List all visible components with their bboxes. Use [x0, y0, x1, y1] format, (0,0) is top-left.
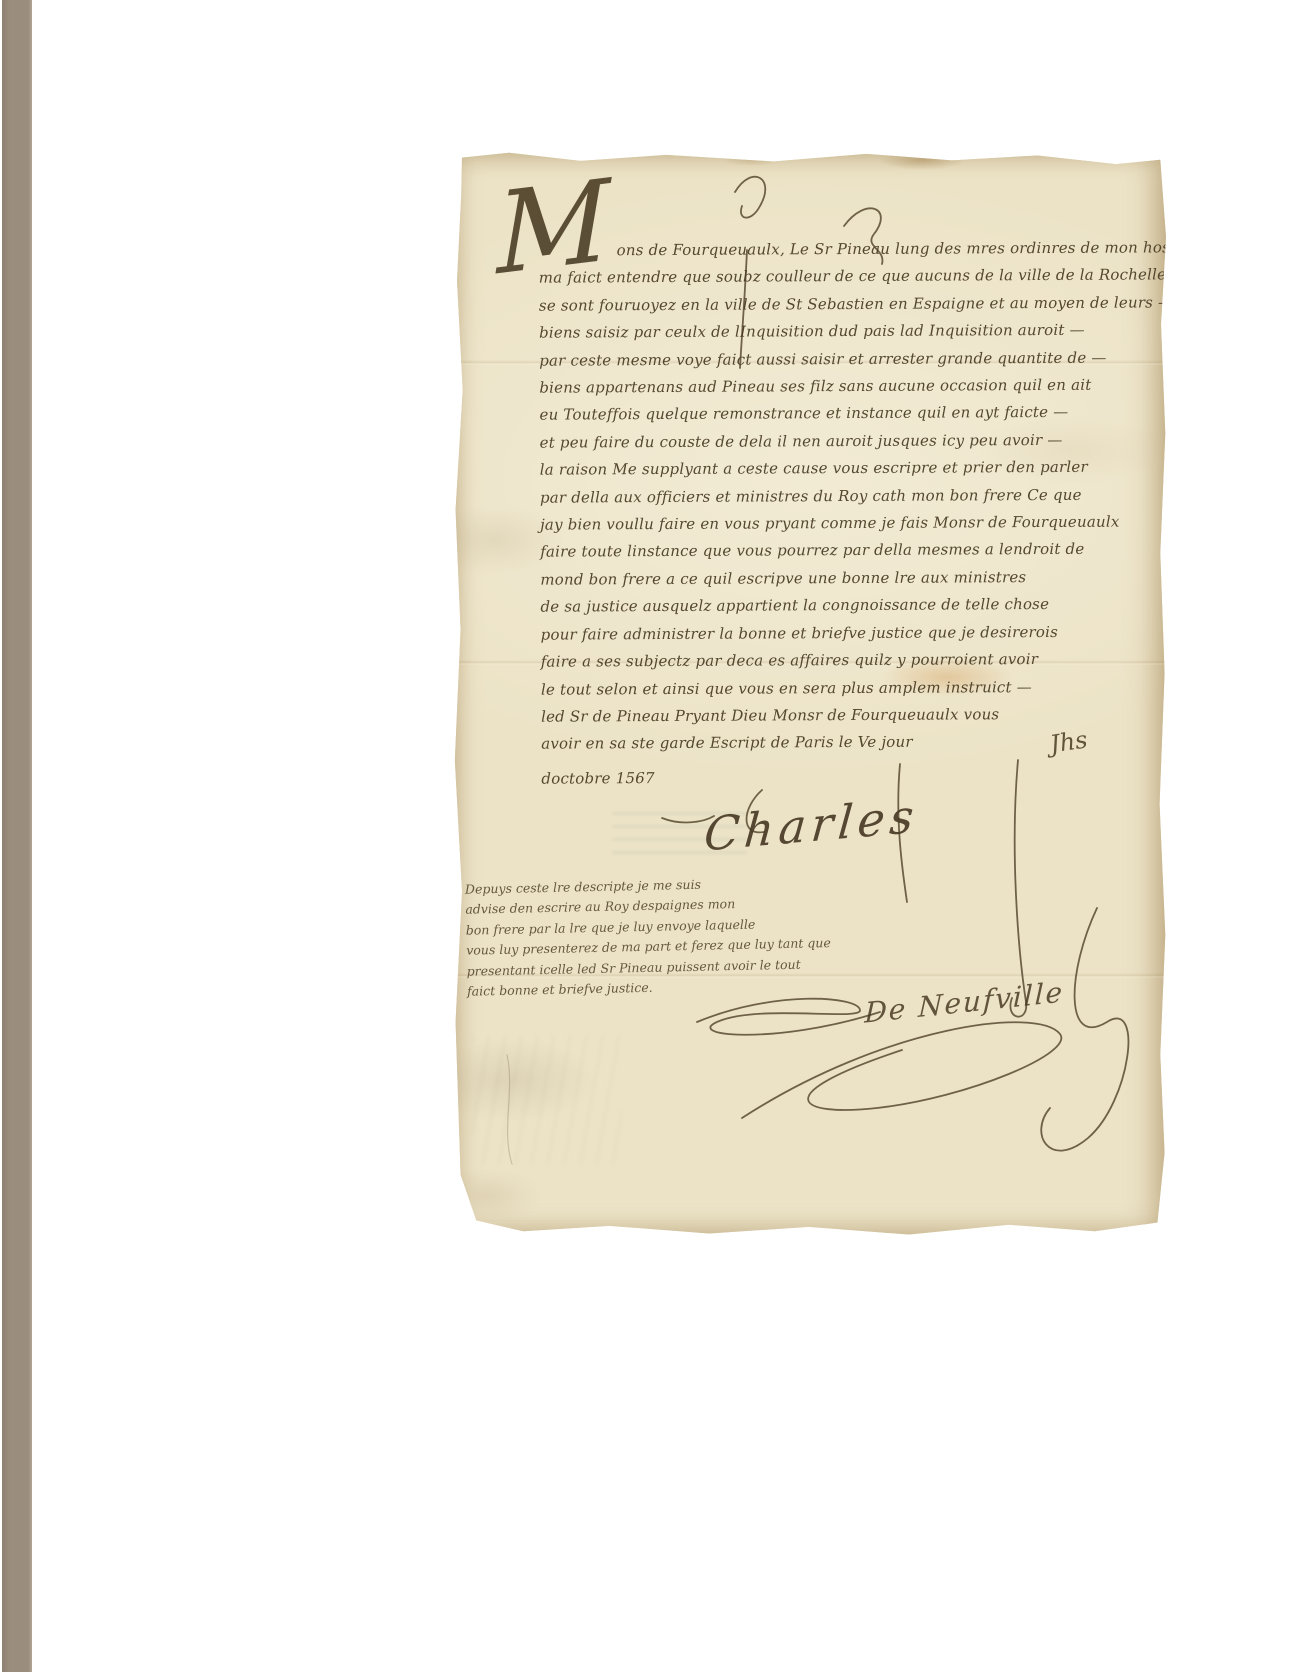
handwritten-line: eu Touteffois quelque remonstrance et in… [539, 399, 1159, 430]
postscript-note: Depuys ceste lre descripte je me suisadv… [465, 872, 819, 1002]
handwritten-line: doctobre 1567 [541, 762, 1161, 793]
countersig-loops-icon [697, 999, 880, 1035]
handwritten-line: ons de Fourqueuaulx, Le Sr Pineau lung d… [539, 234, 1159, 265]
handwritten-line: se sont fouruoyez en la ville de St Seba… [539, 289, 1159, 320]
handwritten-line: de sa justice ausquelz appartient la con… [540, 591, 1160, 622]
ink-showthrough-lower [472, 1035, 622, 1165]
handwritten-line: biens appartenans aud Pineau ses filz sa… [539, 371, 1159, 402]
secretary-end-mark: Jhs [1048, 726, 1089, 759]
handwritten-line: pour faire administrer la bonne et brief… [541, 618, 1161, 649]
handwritten-line: par della aux officiers et ministres du … [540, 481, 1160, 512]
g-flourish-icon [1041, 908, 1128, 1151]
handwritten-line: led Sr de Pineau Pryant Dieu Monsr de Fo… [541, 700, 1161, 731]
handwritten-line: jay bien voullu faire en vous pryant com… [540, 508, 1160, 539]
handwritten-line: la raison Me supplyant a ceste cause vou… [540, 454, 1160, 485]
handwritten-line: et peu faire du couste de dela il nen au… [540, 426, 1160, 457]
scan-canvas: M ons de Fourqueuaulx, Le Sr Pineau lung… [0, 0, 1301, 1672]
royal-signature-charles: Charles [702, 788, 921, 861]
handwritten-line: faire toute linstance que vous pourrez p… [540, 536, 1160, 567]
letter-paper: M ons de Fourqueuaulx, Le Sr Pineau lung… [452, 150, 1166, 1240]
countersig-underloop-icon [742, 1022, 1061, 1118]
countersignature: De Neufville [864, 975, 1065, 1029]
ascender-flourish-icon [735, 177, 765, 218]
scanner-edge-bar [2, 0, 32, 1672]
handwritten-line: faire a ses subjectz par deca es affaire… [541, 645, 1161, 676]
handwritten-line: par ceste mesme voye faict aussi saisir … [539, 344, 1159, 375]
handwritten-line: biens saisiz par ceulx de lInquisition d… [539, 317, 1159, 348]
handwritten-line: ma faict entendre que soubz coulleur de … [539, 262, 1159, 293]
long-flourish-icon [1010, 760, 1026, 1017]
handwritten-line: le tout selon et ainsi que vous en sera … [541, 673, 1161, 704]
letter-body-text: ons de Fourqueuaulx, Le Sr Pineau lung d… [539, 234, 1162, 792]
handwritten-line: mond bon frere a ce quil escripve une bo… [540, 563, 1160, 594]
